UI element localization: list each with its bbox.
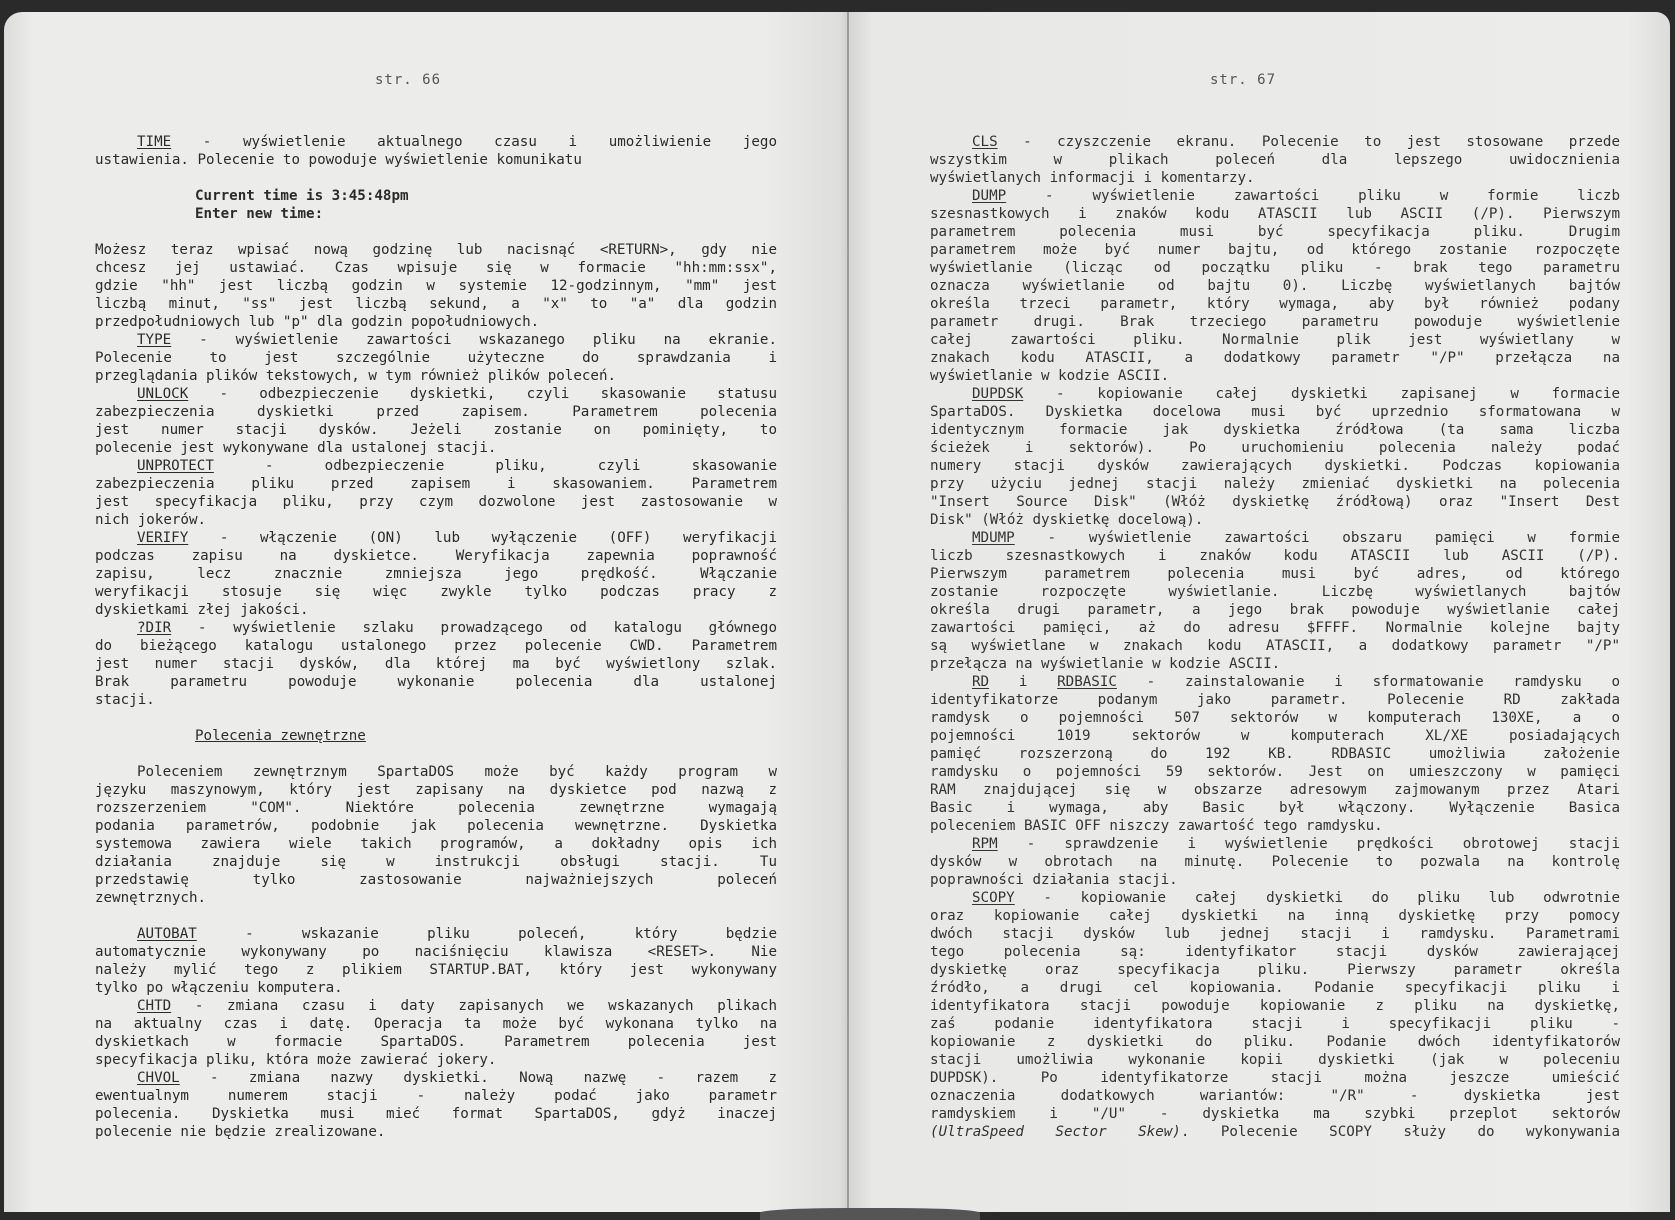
text-line: zawartości pamięci, aż do adresu $FFFF. …: [930, 619, 1620, 637]
text-line: systemowa zawiera wiele takich programów…: [95, 835, 777, 853]
text-line: specyfikacja pliku, która może zawierać …: [95, 1051, 777, 1069]
terminal-output: Enter new time:: [95, 205, 777, 223]
text-line: identycznym formacie jak dyskietka źródł…: [930, 421, 1620, 439]
text-line: Disk" (Włóż dyskietkę docelową).: [930, 511, 1620, 529]
text-line: jest specyfikacja pliku, przy czym dozwo…: [95, 493, 777, 511]
text-line: UNLOCK - odbezpieczenie dyskietki, czyli…: [95, 385, 777, 403]
text-line: RPM - sprawdzenie i wyświetlenie prędkoś…: [930, 835, 1620, 853]
text-line: wyświetlanie w kodzie ASCII.: [930, 367, 1620, 385]
command-name: RDBASIC: [1057, 674, 1117, 690]
command-name: TYPE: [137, 332, 171, 348]
text-line: należy mylić tego z plikiem STARTUP.BAT,…: [95, 961, 777, 979]
page-number-66: str. 66: [375, 72, 441, 88]
command-name: AUTOBAT: [137, 926, 197, 942]
text-line: są wyświetlane w znakach kodu ATASCII, a…: [930, 637, 1620, 655]
book-gutter: [847, 12, 849, 1212]
command-name: CHVOL: [137, 1070, 180, 1086]
text-line: parametr drugi. Brak trzeciego parametru…: [930, 313, 1620, 331]
text-line: identyfikatorze podanym jako parametr. P…: [930, 691, 1620, 709]
terminal-output: Current time is 3:45:48pm: [95, 187, 777, 205]
spine-shadow: [760, 1208, 980, 1220]
text-line: rozszerzeniem "COM". Niektóre polecenia …: [95, 799, 777, 817]
text-line: oznacza wyświetlanie od bajtu 0). Liczbę…: [930, 277, 1620, 295]
command-name: RPM: [972, 836, 998, 852]
text-line: CHTD - zmiana czasu i daty zapisanych we…: [95, 997, 777, 1015]
text-line: CHVOL - zmiana nazwy dyskietki. Nową naz…: [95, 1069, 777, 1087]
text-line: do bieżącego katalogu ustalonego przez p…: [95, 637, 777, 655]
text-line: przy użyciu jednej stacji należy zmienia…: [930, 475, 1620, 493]
text-line: weryfikacji stosuje się więc zwykle tylk…: [95, 583, 777, 601]
text-line: tylko po włączeniu komputera.: [95, 979, 777, 997]
text-line: (UltraSpeed Sector Skew). Polecenie SCOP…: [930, 1123, 1620, 1141]
text-line: wszystkim w plikach poleceń dla lepszego…: [930, 151, 1620, 169]
text-line: jest numer stacji dysków. Jeżeli zostani…: [95, 421, 777, 439]
text-line: znakach kodu ATASCII, a dodatkowy parame…: [930, 349, 1620, 367]
text-line: ramdyskiem i "/U" - dyskietka ma szybki …: [930, 1105, 1620, 1123]
text-line: MDUMP - wyświetlenie zawartości obszaru …: [930, 529, 1620, 547]
italic-term: (UltraSpeed Sector Skew): [930, 1124, 1181, 1140]
text-line: SCOPY - kopiowanie całej dyskietki do pl…: [930, 889, 1620, 907]
text-line: parametrem polecenia musi być specyfikac…: [930, 223, 1620, 241]
text-line: oznaczenia dodatkowych wariantów: "/R" -…: [930, 1087, 1620, 1105]
text-line: podania parametrów, podobnie jak polecen…: [95, 817, 777, 835]
text-line: określa trzeci parametr, który wymaga, a…: [930, 295, 1620, 313]
text-line: numery stacji dysków zawierających dyski…: [930, 457, 1620, 475]
text-line: oraz kopiowanie całej dyskietki na inną …: [930, 907, 1620, 925]
text-line: VERIFY - włączenie (ON) lub wyłączenie (…: [95, 529, 777, 547]
text-line: przełącza na wyświetlanie w kodzie ASCII…: [930, 655, 1620, 673]
text-line: gdzie "hh" jest liczbą godzin w systemie…: [95, 277, 777, 295]
command-name: SCOPY: [972, 890, 1015, 906]
text-line: automatycznie wykonywany po naciśnięciu …: [95, 943, 777, 961]
blank-line: [95, 907, 777, 925]
command-name: CHTD: [137, 998, 171, 1014]
blank-line: [95, 169, 777, 187]
text-line: CLS - czyszczenie ekranu. Polecenie to j…: [930, 133, 1620, 151]
section-heading: Polecenia zewnętrzne: [95, 727, 777, 745]
text-line: dysków w obrotach na minutę. Polecenie t…: [930, 853, 1620, 871]
command-name: MDUMP: [972, 530, 1015, 546]
text-line: zaś podanie identyfikatora stacji i spec…: [930, 1015, 1620, 1033]
text-line: źródło, a drugi cel kopiowania. Podanie …: [930, 979, 1620, 997]
text-line: Poleceniem zewnętrznym SpartaDOS może by…: [95, 763, 777, 781]
text-line: DUPDSK). Po identyfikatorze stacji można…: [930, 1069, 1620, 1087]
text-line: dyskietkach w formacie SpartaDOS. Parame…: [95, 1033, 777, 1051]
text-line: wyświetlanie (licząc od początku pliku -…: [930, 259, 1620, 277]
text-line: ?DIR - wyświetlenie szlaku prowadzącego …: [95, 619, 777, 637]
text-line: Basic i wymaga, aby Basic był włączony. …: [930, 799, 1620, 817]
text-line: parametrem może być numer bajtu, od któr…: [930, 241, 1620, 259]
command-name: CLS: [972, 134, 998, 150]
left-page-body: TIME - wyświetlenie aktualnego czasu i u…: [95, 133, 777, 1141]
text-line: stacji umożliwia wykonanie kopii dyskiet…: [930, 1051, 1620, 1069]
command-name: RD: [972, 674, 989, 690]
text-line: dyskietkami złej jakości.: [95, 601, 777, 619]
text-line: nich jokerów.: [95, 511, 777, 529]
text-line: przedpołudniowych lub "p" dla godzin pop…: [95, 313, 777, 331]
text-line: DUPDSK - kopiowanie całej dyskietki zapi…: [930, 385, 1620, 403]
text-line: SpartaDOS. Dyskietka docelowa musi być u…: [930, 403, 1620, 421]
text-line: pamięć rozszerzoną do 192 KB. RDBASIC um…: [930, 745, 1620, 763]
text-line: identyfikatora stacji powoduje kopiowani…: [930, 997, 1620, 1015]
text-line: określa drugi parametr, a jego brak powo…: [930, 601, 1620, 619]
text-line: ścieżek i sektorów). Po uruchomieniu pol…: [930, 439, 1620, 457]
right-page-body: CLS - czyszczenie ekranu. Polecenie to j…: [930, 133, 1620, 1141]
text-line: języku maszynowym, który jest zapisany n…: [95, 781, 777, 799]
text-line: dyskietkę oraz specyfikacja pliku. Pierw…: [930, 961, 1620, 979]
text-line: działania znajduje się w instrukcji obsł…: [95, 853, 777, 871]
text-line: ewentualnym numerem stacji - należy poda…: [95, 1087, 777, 1105]
text-line: Możesz teraz wpisać nową godzinę lub nac…: [95, 241, 777, 259]
text-line: polecenia. Dyskietka musi mieć format Sp…: [95, 1105, 777, 1123]
text-line: przeglądania plików tekstowych, w tym ró…: [95, 367, 777, 385]
text-line: zostanie rozpoczęte wyświetlanie. Liczbę…: [930, 583, 1620, 601]
text-line: liczb szesnastkowych i znaków kodu ATASC…: [930, 547, 1620, 565]
text-line: jest numer stacji dysków, dla której ma …: [95, 655, 777, 673]
text-line: polecenie nie będzie zrealizowane.: [95, 1123, 777, 1141]
text-line: ramdysku o pojemności 59 sektorów. Jest …: [930, 763, 1620, 781]
text-line: dwóch stacji dysków lub jednej stacji i …: [930, 925, 1620, 943]
text-line: kopiowanie z dyskietki do pliku. Podanie…: [930, 1033, 1620, 1051]
command-name: UNLOCK: [137, 386, 188, 402]
text-line: na aktualny czas i datę. Operacja ta moż…: [95, 1015, 777, 1033]
text-line: podczas zapisu na dyskietce. Weryfikacja…: [95, 547, 777, 565]
right-page: str. 67 CLS - czyszczenie ekranu. Polece…: [848, 12, 1670, 1212]
command-name: VERIFY: [137, 530, 188, 546]
text-line: RAM znajdującej się w obszarze adresowym…: [930, 781, 1620, 799]
blank-line: [95, 745, 777, 763]
text-line: ustawienia. Polecenie to powoduje wyświe…: [95, 151, 777, 169]
text-line: poprawności działania stacji.: [930, 871, 1620, 889]
text-line: TYPE - wyświetlenie zawartości wskazaneg…: [95, 331, 777, 349]
page-number-67: str. 67: [1210, 72, 1276, 88]
text-line: poleceniem BASIC OFF niszczy zawartość t…: [930, 817, 1620, 835]
left-page: str. 66 TIME - wyświetlenie aktualnego c…: [4, 12, 848, 1212]
text-line: liczbą minut, "ss" jest liczbą sekund, a…: [95, 295, 777, 313]
text-line: Brak parametru powoduje wykonanie polece…: [95, 673, 777, 691]
text-line: polecenie jest wykonywane dla ustalonej …: [95, 439, 777, 457]
text-line: zabezpieczenia pliku przed zapisem i ska…: [95, 475, 777, 493]
blank-line: [95, 223, 777, 241]
text-line: chcesz jej ustawiać. Czas wpisuje się w …: [95, 259, 777, 277]
blank-line: [95, 709, 777, 727]
text-line: DUMP - wyświetlenie zawartości pliku w f…: [930, 187, 1620, 205]
text-line: TIME - wyświetlenie aktualnego czasu i u…: [95, 133, 777, 151]
text-line: wyświetlanych informacji i komentarzy.: [930, 169, 1620, 187]
text-line: zewnętrznych.: [95, 889, 777, 907]
text-line: zapisu, lecz znacznie zmniejsza jego prę…: [95, 565, 777, 583]
command-name: DUMP: [972, 188, 1006, 204]
text-line: całej zawartości pliku. Normalnie plik j…: [930, 331, 1620, 349]
text-line: ramdysk o pojemności 507 sektorów w komp…: [930, 709, 1620, 727]
text-line: Pierwszym parametrem polecenia musi być …: [930, 565, 1620, 583]
text-line: AUTOBAT - wskazanie pliku poleceń, który…: [95, 925, 777, 943]
text-line: przedstawię tylko zastosowanie najważnie…: [95, 871, 777, 889]
text-line: tego polecenia są: identyfikator stacji …: [930, 943, 1620, 961]
text-line: Polecenie to jest szczególnie użyteczne …: [95, 349, 777, 367]
command-name: TIME: [137, 134, 171, 150]
text-line: UNPROTECT - odbezpieczenie pliku, czyli …: [95, 457, 777, 475]
text-line: "Insert Source Disk" (Włóż dyskietkę źró…: [930, 493, 1620, 511]
text-line: zabezpieczenia dyskietki przed zapisem. …: [95, 403, 777, 421]
text-line: pojemności 1019 sektorów w komputerach X…: [930, 727, 1620, 745]
command-name: ?DIR: [137, 620, 171, 636]
text-line: szesnastkowych i znaków kodu ATASCII lub…: [930, 205, 1620, 223]
command-name: UNPROTECT: [137, 458, 214, 474]
command-name: DUPDSK: [972, 386, 1023, 402]
text-line: stacji.: [95, 691, 777, 709]
text-line: RD i RDBASIC - zainstalowanie i sformato…: [930, 673, 1620, 691]
